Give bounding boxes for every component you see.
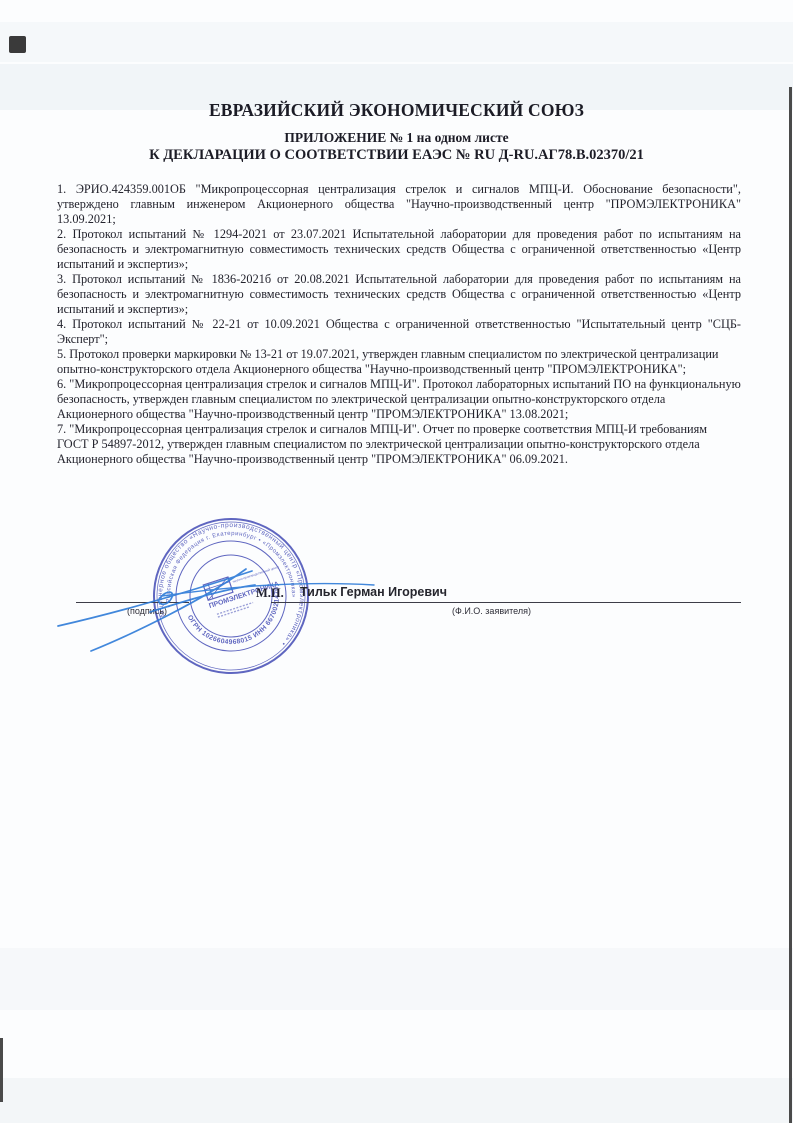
signature-caption: (подпись) bbox=[127, 606, 167, 616]
applicant-name-caption: (Ф.И.О. заявителя) bbox=[452, 606, 531, 616]
list-item: 7. "Микропроцессорная централизация стре… bbox=[57, 422, 741, 467]
seal-place-mark: М.П. bbox=[256, 586, 284, 601]
list-item: 6. "Микропроцессорная централизация стре… bbox=[57, 377, 741, 422]
list-item: 2. Протокол испытаний № 1294-2021 от 23.… bbox=[57, 227, 741, 272]
list-item: 1. ЭРИО.424359.001ОБ "Микропроцессорная … bbox=[57, 182, 741, 227]
signature-line bbox=[76, 602, 189, 603]
scan-band bbox=[0, 22, 793, 62]
scan-artifact-top-left bbox=[9, 36, 26, 53]
company-round-stamp: Акционерное общество «Научно-производств… bbox=[150, 515, 312, 677]
stamp-center-small-text: научно-производственный центр bbox=[232, 565, 280, 584]
list-item: 3. Протокол испытаний № 1836-2021б от 20… bbox=[57, 272, 741, 317]
evidence-document-list: 1. ЭРИО.424359.001ОБ "Микропроцессорная … bbox=[57, 182, 741, 467]
scan-band bbox=[0, 948, 793, 1010]
list-item: 4. Протокол испытаний № 22-21 от 10.09.2… bbox=[57, 317, 741, 347]
scan-artifact-right-edge bbox=[789, 87, 792, 1123]
applicant-name-line bbox=[271, 602, 741, 603]
title-annex: ПРИЛОЖЕНИЕ № 1 на одном листе bbox=[0, 130, 793, 146]
scan-artifact-bottom-left bbox=[0, 1038, 3, 1102]
document-page: ЕВРАЗИЙСКИЙ ЭКОНОМИЧЕСКИЙ СОЮЗ ПРИЛОЖЕНИ… bbox=[0, 0, 793, 1123]
scan-band bbox=[0, 1078, 793, 1123]
title-union: ЕВРАЗИЙСКИЙ ЭКОНОМИЧЕСКИЙ СОЮЗ bbox=[0, 100, 793, 121]
applicant-name: Тильк Герман Игоревич bbox=[300, 585, 447, 599]
handwritten-signature bbox=[0, 0, 793, 1123]
title-declaration-number: К ДЕКЛАРАЦИИ О СООТВЕТСТВИИ ЕАЭС № RU Д-… bbox=[0, 147, 793, 164]
list-item: 5. Протокол проверки маркировки № 13-21 … bbox=[57, 347, 741, 377]
